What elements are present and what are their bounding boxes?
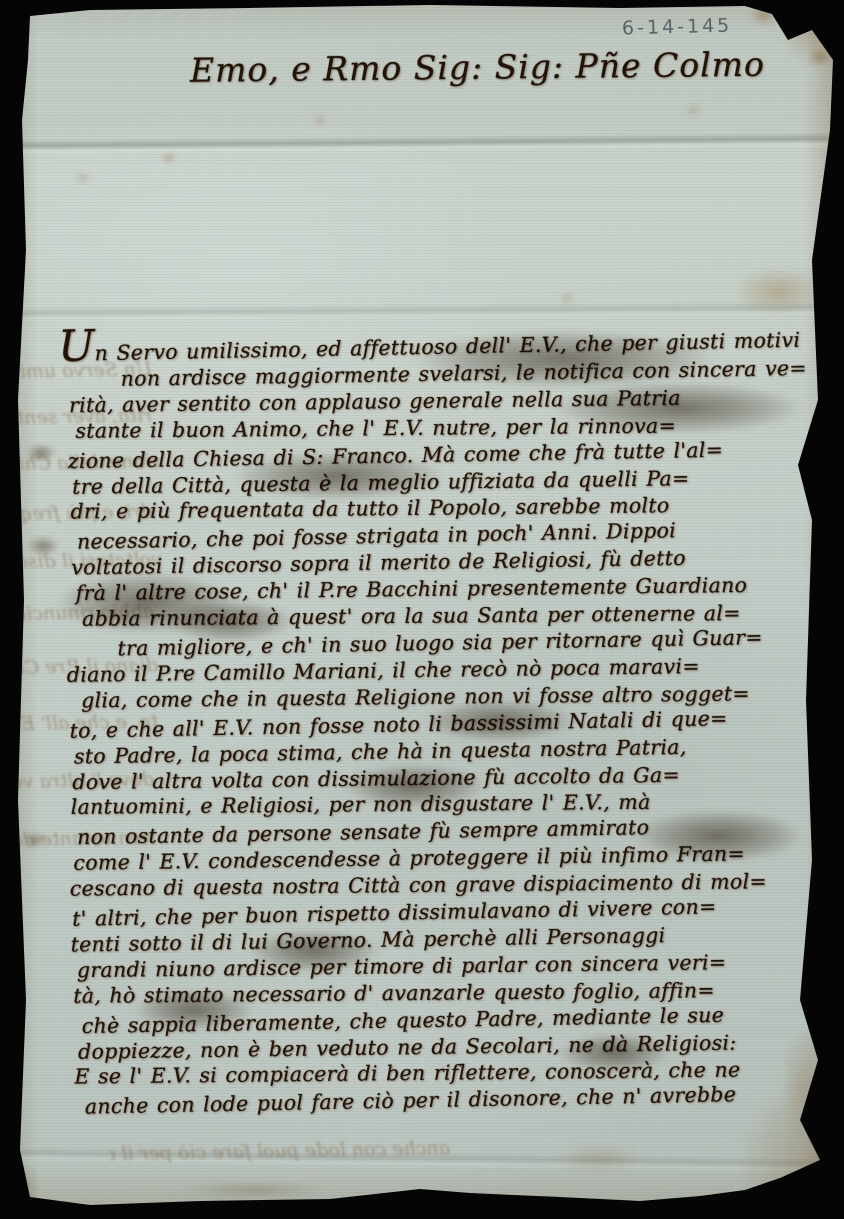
- letter-body: Un Servo umilissimo, ed affettuoso dell'…: [58, 319, 829, 1119]
- manuscript-paper: Un Servo umilissimo, ed affettuoso dell'…: [14, 4, 836, 1212]
- paper-stain: [162, 152, 176, 164]
- paper-stain: [74, 172, 92, 184]
- paper-stain: [809, 48, 831, 66]
- paper-stain: [749, 4, 779, 26]
- paper-stain: [559, 292, 575, 304]
- pencil-archival-number: 6-14-145: [622, 15, 733, 40]
- paper-stain: [184, 1182, 324, 1198]
- paper-stain: [732, 266, 827, 318]
- fold-crease: [2, 132, 844, 155]
- paper-stain: [314, 116, 326, 126]
- fold-crease: [2, 1146, 844, 1174]
- paper-stain: [26, 536, 60, 556]
- paper-stain: [22, 832, 48, 848]
- ink-showthrough: anche con lode puol fare ciò per il diso…: [110, 1137, 450, 1170]
- paper-stain: [686, 104, 700, 116]
- paper-stain: [26, 444, 56, 462]
- salutation-line: Emo, e Rmo Sig: Sig: Pñe Colmo: [190, 45, 710, 89]
- photo-stage: Un Servo umilissimo, ed affettuoso dell'…: [0, 0, 844, 1219]
- paper-stain: [554, 1144, 644, 1174]
